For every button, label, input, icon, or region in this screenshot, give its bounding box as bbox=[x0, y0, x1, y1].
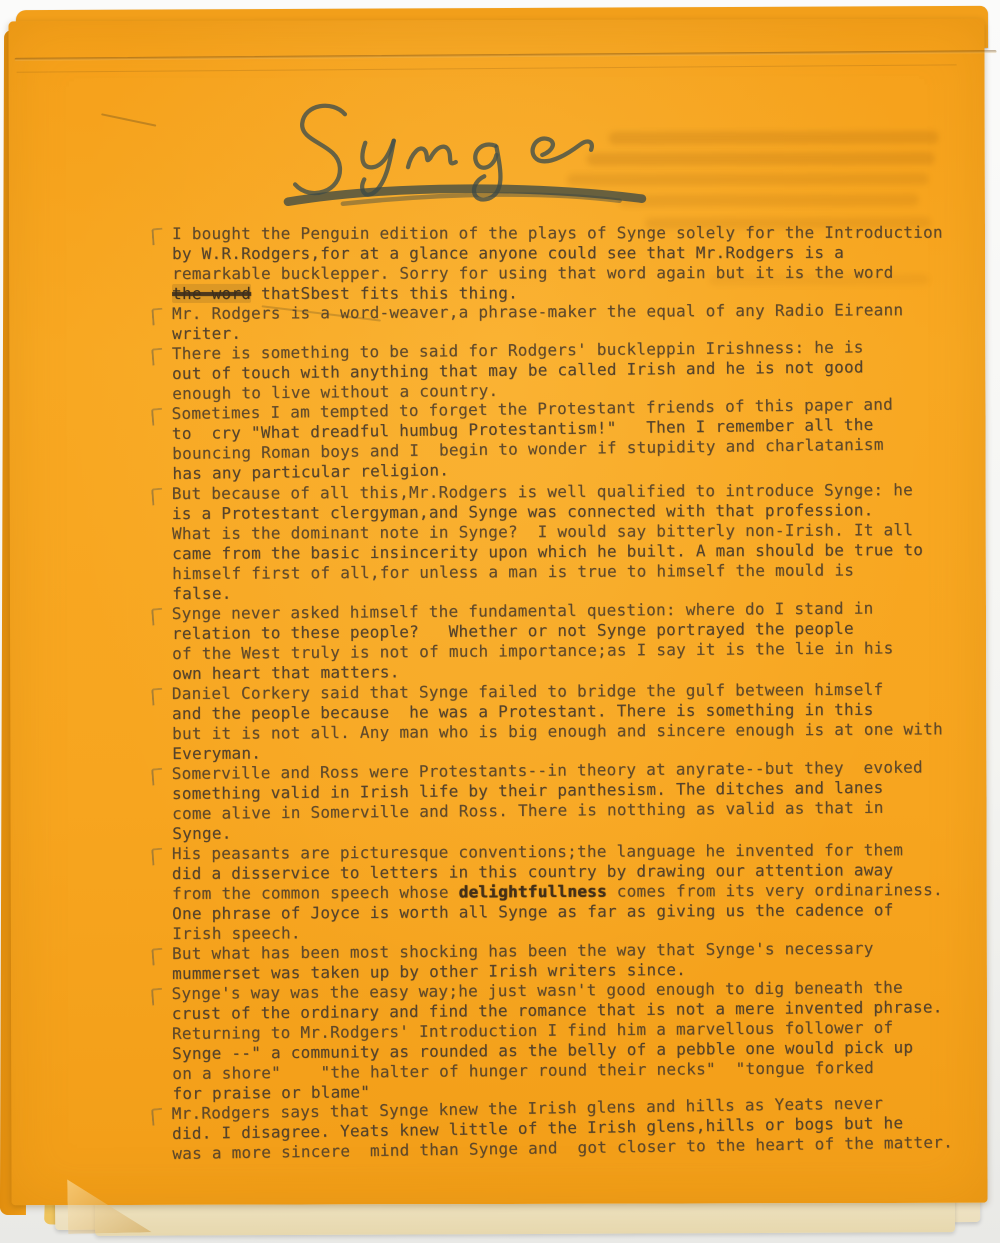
pencil-paragraph-mark bbox=[151, 768, 163, 786]
typed-line: by W.R.Rodgers,for at a glance anyone co… bbox=[172, 243, 978, 264]
typescript-paragraph: I bought the Penguin edition of the play… bbox=[172, 223, 978, 304]
pencil-paragraph-mark bbox=[151, 848, 163, 866]
typescript-body: I bought the Penguin edition of the play… bbox=[172, 224, 978, 1164]
typescript-paragraph: Daniel Corkery said that Synge failed to… bbox=[172, 679, 978, 764]
typed-line: himself first of all,for unless a man is… bbox=[172, 560, 978, 584]
pencil-scratch-mark bbox=[101, 113, 156, 126]
typed-line: remarkable bucklepper. Sorry for using t… bbox=[172, 263, 978, 284]
typed-line: I bought the Penguin edition of the play… bbox=[172, 223, 978, 244]
typed-line: from the common speech whose delightfull… bbox=[172, 880, 978, 904]
bleed-through-text bbox=[609, 131, 939, 145]
typescript-paragraph: But because of all this,Mr.Rodgers is we… bbox=[172, 480, 979, 604]
pencil-paragraph-mark bbox=[151, 308, 163, 326]
pencil-paragraph-mark bbox=[151, 1108, 163, 1126]
pencil-paragraph-mark bbox=[151, 688, 163, 706]
pencil-paragraph-mark bbox=[151, 348, 163, 366]
typescript-paragraph: Somerville and Ross were Protestants--in… bbox=[172, 757, 979, 844]
typed-line: Mr. Rodgers is a word-weaver,a phrase-ma… bbox=[172, 300, 978, 324]
pencil-paragraph-mark bbox=[151, 948, 163, 966]
handwritten-title: Synge bbox=[278, 98, 658, 218]
top-crease-line-faint bbox=[17, 64, 957, 72]
typed-line: His peasants are picturesque conventions… bbox=[172, 840, 978, 864]
typescript-paragraph: There is something to be said for Rodger… bbox=[172, 336, 979, 404]
typed-line: What is the dominant note in Synge? I wo… bbox=[172, 520, 978, 544]
top-crease-line bbox=[15, 50, 997, 61]
typed-line: But because of all this,Mr.Rodgers is we… bbox=[172, 480, 978, 504]
pencil-paragraph-mark bbox=[151, 408, 163, 426]
typescript-paragraph: Synge never asked himself the fundamenta… bbox=[172, 598, 979, 684]
pencil-paragraph-mark bbox=[151, 228, 163, 246]
typescript-paragraph: Sometimes I am tempted to forget the Pro… bbox=[171, 393, 978, 484]
pencil-paragraph-mark bbox=[151, 988, 163, 1006]
bleed-through-text bbox=[619, 194, 919, 207]
typescript-paragraph: Synge's way was the easy way;he just was… bbox=[171, 977, 978, 1104]
pencil-paragraph-mark bbox=[151, 488, 163, 506]
typescript-paragraph: His peasants are picturesque conventions… bbox=[172, 840, 979, 944]
handwriting-synge-strokes bbox=[278, 98, 658, 218]
typescript-paragraph: Mr.Rodgers says that Synge knew the Iris… bbox=[172, 1092, 979, 1164]
pencil-paragraph-mark bbox=[151, 608, 163, 626]
